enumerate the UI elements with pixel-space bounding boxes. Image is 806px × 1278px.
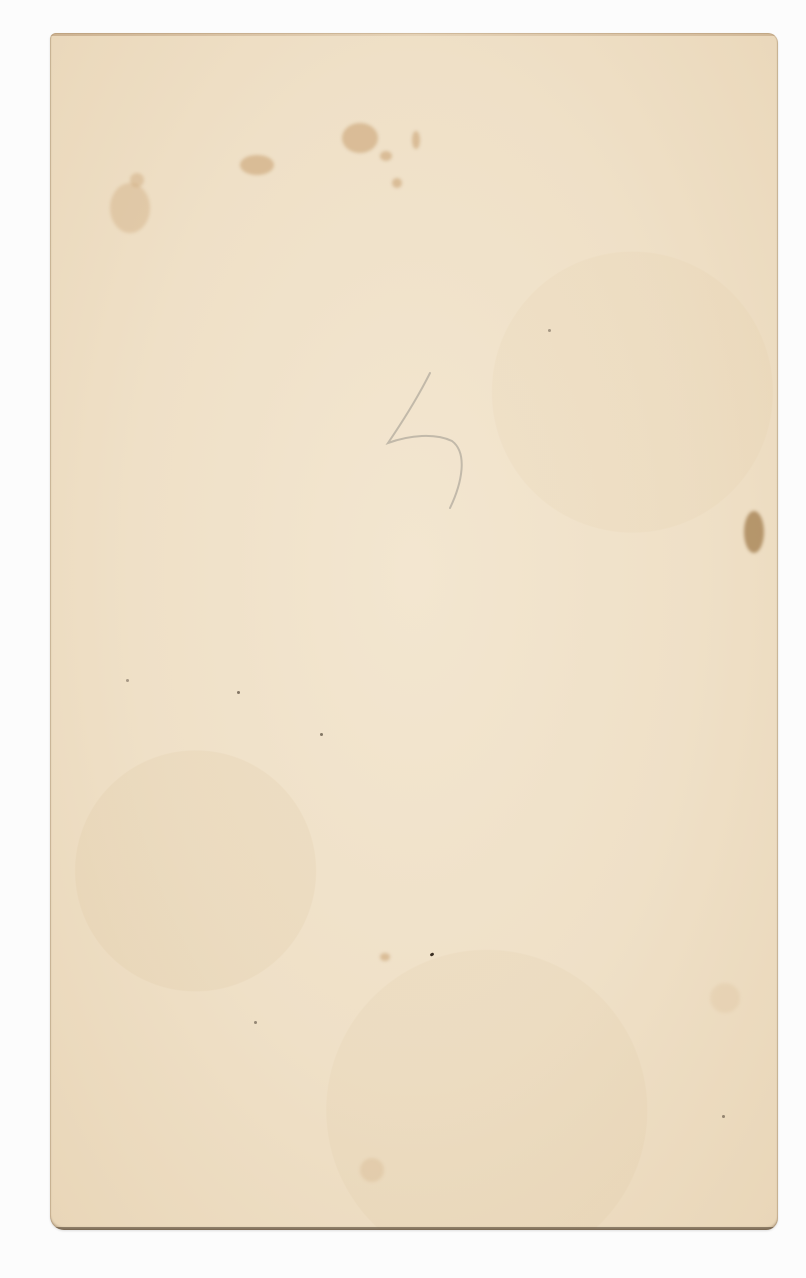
card-back xyxy=(50,33,778,1230)
speck xyxy=(126,679,129,682)
foxing-stain xyxy=(744,511,764,553)
foxing-stain xyxy=(360,1158,384,1182)
foxing-stain xyxy=(130,173,144,187)
speck xyxy=(548,329,551,332)
speck xyxy=(320,733,323,736)
foxing-stain xyxy=(110,183,150,233)
foxing-stain xyxy=(380,953,390,961)
pencil-numeral-mark xyxy=(380,363,480,523)
foxing-stain xyxy=(412,131,420,149)
card-bottom-edge xyxy=(50,1227,778,1230)
speck xyxy=(254,1021,257,1024)
speck xyxy=(237,691,240,694)
foxing-stain xyxy=(240,155,274,175)
speck xyxy=(430,952,435,957)
speck xyxy=(722,1115,725,1118)
card-top-edge xyxy=(50,33,778,36)
foxing-stain xyxy=(710,983,740,1013)
foxing-stain xyxy=(342,123,378,153)
foxing-stain xyxy=(392,178,402,188)
scan-background xyxy=(0,0,806,1278)
foxing-stain xyxy=(380,151,392,161)
